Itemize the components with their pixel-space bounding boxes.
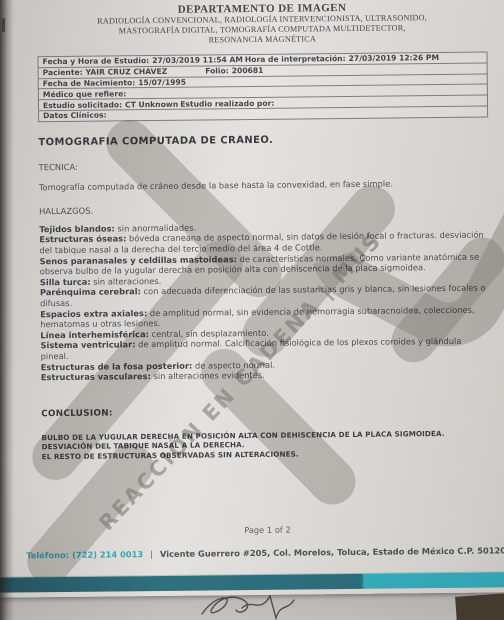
field-label: Datos Clínicos: (43, 111, 107, 121)
field-value: 200681 (232, 66, 264, 75)
document-photo: REACCIÓN EN CADENA | MUS DEPARTAMENTO DE… (0, 0, 504, 620)
field-label: Estudio solicitado: (43, 100, 122, 110)
conclusion-list: BULBO DE LA YUGULAR DERECHA EN POSICIÓN … (41, 428, 491, 461)
footer-accent-bar (0, 572, 504, 592)
field-value: 27/03/2019 11:54 AM (152, 55, 243, 65)
field-value: YAIR CRUZ CHAVEZ (86, 67, 168, 77)
field-label: Paciente: (43, 68, 83, 77)
signature-scribble (188, 592, 308, 620)
conclusion-label: CONCLUSION: (41, 404, 491, 419)
technique-text: Tomografía computada de cráneo desde la … (39, 177, 489, 192)
footer-separator: | (150, 550, 153, 560)
field-label: Fecha de Nacimiento: (43, 78, 136, 88)
phone-number: (722) 214 0013 (72, 550, 143, 561)
field-value: CT Unknown (125, 99, 178, 109)
report-title: TOMOGRAFIA COMPUTADA DE CRANEO. (38, 132, 488, 148)
page-number: Page 1 of 2 (42, 523, 492, 538)
paper-edge-mark (2, 18, 5, 32)
footer-contact: Teléfono: (722) 214 0013 | Vicente Guerr… (43, 546, 493, 561)
technique-label: TECNICA: (39, 157, 489, 172)
field-label: Estudio realizado por: (180, 98, 274, 108)
desk-corner (455, 593, 504, 620)
field-label: Folio: (205, 66, 229, 75)
field-label: Hora de interpretación: (245, 54, 346, 64)
letterhead: DEPARTAMENTO DE IMAGEN RADIOLOGÍA CONVEN… (37, 1, 487, 48)
phone-label: Teléfono: (26, 550, 69, 560)
field-value: 15/07/1995 (138, 78, 186, 88)
patient-info-table: Fecha y Hora de Estudio: 27/03/2019 11:5… (37, 52, 488, 122)
findings-label: HALLAZGOS. (39, 201, 489, 216)
field-label: Médico que refiere: (43, 89, 126, 99)
field-value: 27/03/2019 12:26 PM (349, 53, 439, 63)
field-label: Fecha y Hora de Estudio: (42, 56, 149, 66)
findings-list: Tejidos blandos: sin anormalidades. Estr… (39, 219, 491, 383)
address-text: Vicente Guerrero #205, Col. Morelos, Tol… (160, 546, 504, 560)
report-sheet: REACCIÓN EN CADENA | MUS DEPARTAMENTO DE… (0, 0, 504, 598)
